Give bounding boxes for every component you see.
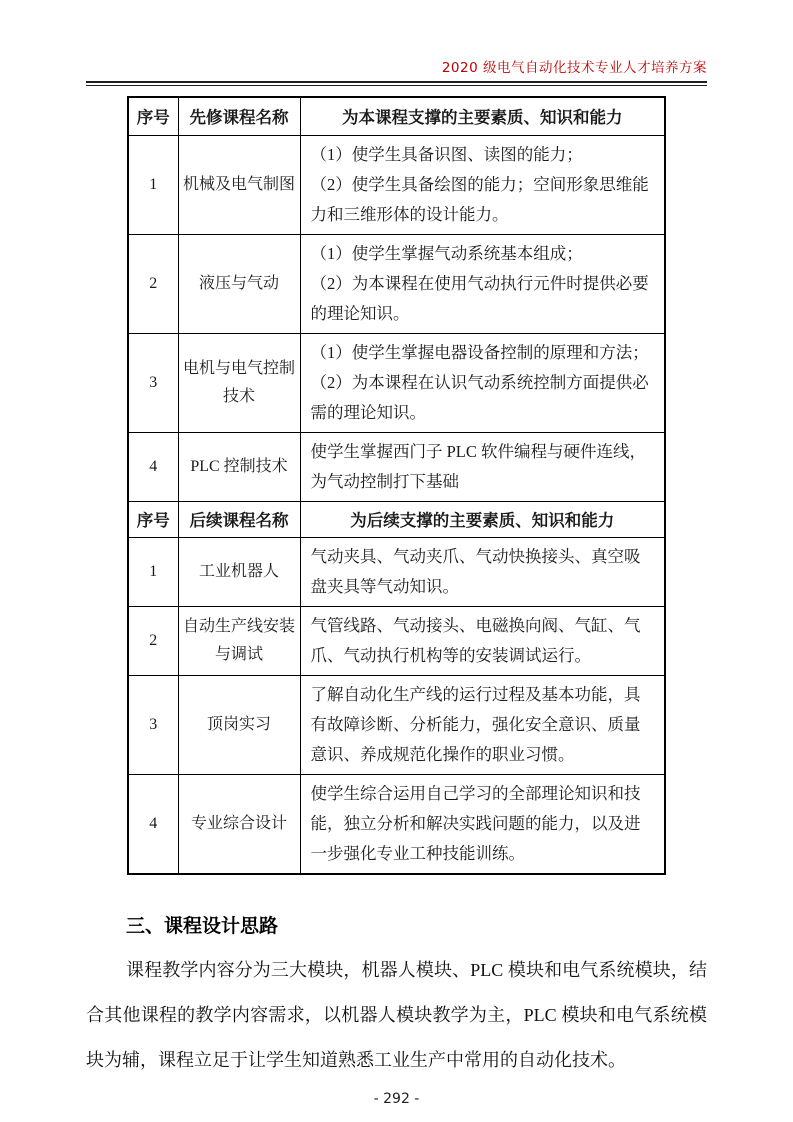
running-header: 2020 级电气自动化技术专业人才培养方案 (86, 56, 707, 81)
course-name: 专业综合设计 (178, 774, 300, 874)
col-header-followup-support: 为后续支撑的主要素质、知识和能力 (300, 501, 665, 537)
row-number: 4 (128, 432, 178, 501)
header-double-rule (86, 81, 707, 86)
course-support-table: 序号 先修课程名称 为本课程支撑的主要素质、知识和能力 1 机械及电气制图 （1… (127, 96, 666, 875)
document-page: { "page": { "header": "2020 级电气自动化技术专业人才… (0, 0, 793, 1122)
support-item: （1）使学生掌握气动系统基本组成； (311, 239, 657, 269)
row-number: 3 (128, 675, 178, 774)
table-header-row-prerequisite: 序号 先修课程名称 为本课程支撑的主要素质、知识和能力 (128, 97, 665, 135)
support-text: 使学生掌握西门子 PLC 软件编程与硬件连线，为气动控制打下基础 (300, 432, 665, 501)
table-row: 3 顶岗实习 了解自动化生产线的运行过程及基本功能，具有故障诊断、分析能力，强化… (128, 675, 665, 774)
course-name: PLC 控制技术 (178, 432, 300, 501)
section-heading: 三、课程设计思路 (126, 911, 707, 938)
table-row: 4 PLC 控制技术 使学生掌握西门子 PLC 软件编程与硬件连线，为气动控制打… (128, 432, 665, 501)
course-name: 电机与电气控制技术 (178, 333, 300, 432)
support-text: （1）使学生掌握电器设备控制的原理和方法； （2）为本课程在认识气动系统控制方面… (300, 333, 665, 432)
table-row: 2 自动生产线安装与调试 气管线路、气动接头、电磁换向阀、气缸、气爪、气动执行机… (128, 606, 665, 675)
col-header-prereq-support: 为本课程支撑的主要素质、知识和能力 (300, 97, 665, 135)
table-header-row-followup: 序号 后续课程名称 为后续支撑的主要素质、知识和能力 (128, 501, 665, 537)
table-row: 3 电机与电气控制技术 （1）使学生掌握电器设备控制的原理和方法； （2）为本课… (128, 333, 665, 432)
support-item: 使学生综合运用自己学习的全部理论知识和技能，独立分析和解决实践问题的能力，以及进… (311, 779, 657, 869)
row-number: 4 (128, 774, 178, 874)
col-header-seq: 序号 (128, 97, 178, 135)
row-number: 1 (128, 537, 178, 606)
support-item: 了解自动化生产线的运行过程及基本功能，具有故障诊断、分析能力，强化安全意识、质量… (311, 680, 657, 770)
table-row: 1 机械及电气制图 （1）使学生具备识图、读图的能力； （2）使学生具备绘图的能… (128, 135, 665, 234)
support-text: （1）使学生掌握气动系统基本组成； （2）为本课程在使用气动执行元件时提供必要的… (300, 234, 665, 333)
support-text: （1）使学生具备识图、读图的能力； （2）使学生具备绘图的能力；空间形象思维能力… (300, 135, 665, 234)
course-name: 液压与气动 (178, 234, 300, 333)
support-item: （2）为本课程在使用气动执行元件时提供必要的理论知识。 (311, 269, 657, 329)
support-item: 使学生掌握西门子 PLC 软件编程与硬件连线，为气动控制打下基础 (311, 437, 657, 497)
col-header-followup-course: 后续课程名称 (178, 501, 300, 537)
row-number: 2 (128, 234, 178, 333)
support-item: （2）使学生具备绘图的能力；空间形象思维能力和三维形体的设计能力。 (311, 170, 657, 230)
support-item: （1）使学生掌握电器设备控制的原理和方法； (311, 338, 657, 368)
course-name: 机械及电气制图 (178, 135, 300, 234)
support-item: （2）为本课程在认识气动系统控制方面提供必需的理论知识。 (311, 368, 657, 428)
col-header-prereq-course: 先修课程名称 (178, 97, 300, 135)
support-item: 气管线路、气动接头、电磁换向阀、气缸、气爪、气动执行机构等的安装调试运行。 (311, 611, 657, 671)
support-text: 气管线路、气动接头、电磁换向阀、气缸、气爪、气动执行机构等的安装调试运行。 (300, 606, 665, 675)
table-row: 2 液压与气动 （1）使学生掌握气动系统基本组成； （2）为本课程在使用气动执行… (128, 234, 665, 333)
col-header-seq: 序号 (128, 501, 178, 537)
support-item: 气动夹具、气动夹爪、气动快换接头、真空吸盘夹具等气动知识。 (311, 542, 657, 602)
table-row: 1 工业机器人 气动夹具、气动夹爪、气动快换接头、真空吸盘夹具等气动知识。 (128, 537, 665, 606)
page-number: - 292 - (86, 1091, 707, 1107)
support-text: 了解自动化生产线的运行过程及基本功能，具有故障诊断、分析能力，强化安全意识、质量… (300, 675, 665, 774)
row-number: 2 (128, 606, 178, 675)
support-text: 气动夹具、气动夹爪、气动快换接头、真空吸盘夹具等气动知识。 (300, 537, 665, 606)
row-number: 1 (128, 135, 178, 234)
support-item: （1）使学生具备识图、读图的能力； (311, 140, 657, 170)
page-content: 2020 级电气自动化技术专业人才培养方案 序号 先修课程名称 为本课程支撑的主… (86, 0, 707, 1107)
course-name: 顶岗实习 (178, 675, 300, 774)
row-number: 3 (128, 333, 178, 432)
course-name: 自动生产线安装与调试 (178, 606, 300, 675)
body-paragraph: 课程教学内容分为三大模块，机器人模块、PLC 模块和电气系统模块，结合其他课程的… (86, 948, 707, 1083)
course-name: 工业机器人 (178, 537, 300, 606)
table-row: 4 专业综合设计 使学生综合运用自己学习的全部理论知识和技能，独立分析和解决实践… (128, 774, 665, 874)
support-text: 使学生综合运用自己学习的全部理论知识和技能，独立分析和解决实践问题的能力，以及进… (300, 774, 665, 874)
